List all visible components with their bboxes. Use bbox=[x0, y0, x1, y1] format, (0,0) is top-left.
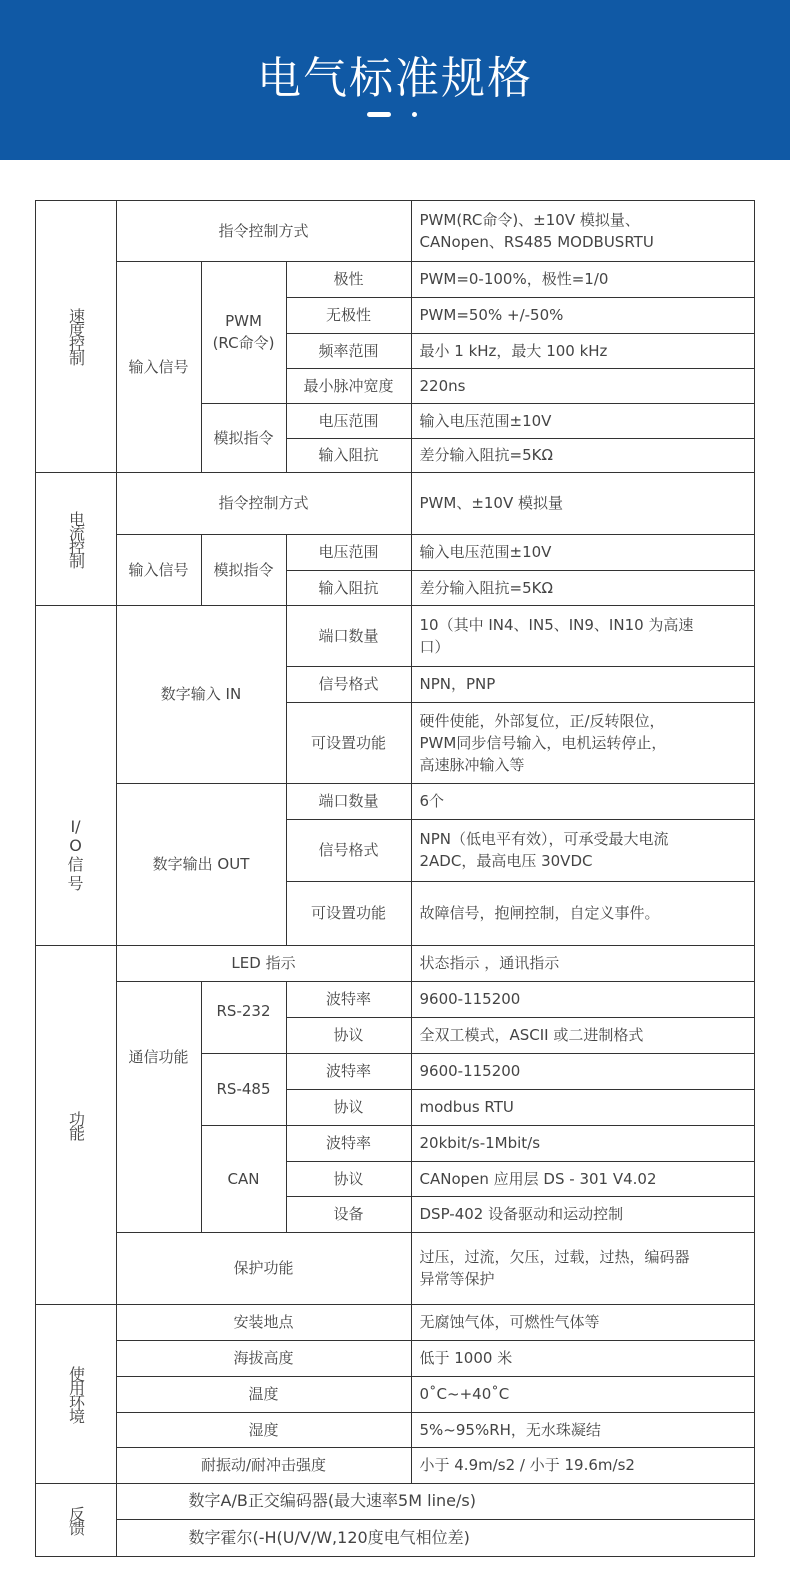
cell-text: NPN（低电平有效），可承受最大电流 2ADC，最高电压 30VDC bbox=[420, 828, 669, 872]
cell-text: 0˚C~+40˚C bbox=[420, 1383, 510, 1405]
table-cell-func-rs232-baud-v: 9600-115200 bbox=[411, 981, 755, 1018]
cell-text: 数字输入 IN bbox=[161, 683, 241, 705]
cell-text: 通信功能 bbox=[128, 1046, 188, 1068]
cell-text: 波特率 bbox=[326, 988, 371, 1010]
table-cell-speed-freq-v: 最小 1 kHz，最大 100 kHz bbox=[411, 333, 755, 369]
cell-text: RS-485 bbox=[217, 1078, 271, 1100]
cell-text: 6个 bbox=[420, 790, 445, 812]
cell-text: 协议 bbox=[333, 1096, 363, 1118]
section-label-speed: 速度控制 bbox=[35, 200, 117, 473]
table-cell-env-temp-v: 0˚C~+40˚C bbox=[411, 1376, 755, 1413]
cell-text: 输入阻抗 bbox=[318, 577, 378, 599]
cell-text: PWM=0-100%，极性=1/0 bbox=[420, 268, 609, 290]
table-cell-func-led-v: 状态指示 ，通讯指示 bbox=[411, 945, 755, 982]
cell-text: CAN bbox=[228, 1168, 260, 1190]
spec-table: 速度控制指令控制方式PWM(RC命令)、±10V 模拟量、 CANopen、RS… bbox=[0, 0, 790, 1595]
cell-text: 信号格式 bbox=[318, 839, 378, 861]
cell-text: 数字霍尔(-H(U/V/W,120度电气相位差) bbox=[189, 1527, 470, 1549]
table-cell-io-dout-ports-l: 端口数量 bbox=[286, 783, 412, 820]
cell-text: 过压，过流，欠压，过载，过热，编码器 异常等保护 bbox=[420, 1246, 690, 1290]
table-cell-cur-volt-l: 电压范围 bbox=[286, 534, 412, 571]
cell-text: 数字A/B正交编码器(最大速率5M line/s) bbox=[189, 1490, 476, 1512]
cell-text: I/O信号 bbox=[67, 817, 85, 893]
cell-text: 10（其中 IN4、IN5、IN9、IN10 为高速 口） bbox=[420, 614, 694, 658]
table-cell-speed-volt-l: 电压范围 bbox=[286, 403, 412, 439]
table-cell-speed-imp-v: 差分输入阻抗=5KΩ bbox=[411, 438, 755, 473]
section-label-func: 功能 bbox=[35, 945, 117, 1305]
section-label-env: 使用环境 bbox=[35, 1304, 117, 1484]
cell-text: 设备 bbox=[333, 1203, 363, 1225]
table-cell-func-rs232: RS-232 bbox=[201, 981, 287, 1054]
table-cell-cur-analog: 模拟指令 bbox=[201, 534, 287, 606]
cell-text: DSP-402 设备驱动和运动控制 bbox=[420, 1203, 624, 1225]
table-cell-func-can-dev-v: DSP-402 设备驱动和运动控制 bbox=[411, 1196, 755, 1233]
table-cell-io-din-fmt-l: 信号格式 bbox=[286, 666, 412, 703]
cell-text: 输入信号 bbox=[128, 559, 188, 581]
cell-text: 220ns bbox=[420, 375, 466, 397]
table-cell-env-vib-l: 耐振动/耐冲击强度 bbox=[116, 1447, 412, 1484]
table-cell-cur-cmd-value: PWM、±10V 模拟量 bbox=[411, 472, 755, 535]
cell-text: 9600-115200 bbox=[420, 988, 521, 1010]
table-cell-env-temp-l: 温度 bbox=[116, 1376, 412, 1413]
cell-text: 硬件使能，外部复位，正/反转限位， PWM同步信号输入，电机运转停止， 高速脉冲… bbox=[420, 710, 667, 776]
table-cell-func-prot-v: 过压，过流，欠压，过载，过热，编码器 异常等保护 bbox=[411, 1232, 755, 1305]
table-cell-func-comm: 通信功能 bbox=[116, 981, 202, 1233]
cell-text: 故障信号，抱闸控制，自定义事件。 bbox=[420, 902, 660, 924]
table-cell-cur-cmd-label: 指令控制方式 bbox=[116, 472, 412, 535]
cell-text: 低于 1000 米 bbox=[420, 1347, 513, 1369]
cell-text: 温度 bbox=[248, 1383, 278, 1405]
table-cell-speed-freq-l: 频率范围 bbox=[286, 333, 412, 369]
cell-text: 指令控制方式 bbox=[218, 492, 308, 514]
table-cell-io-dout-func-v: 故障信号，抱闸控制，自定义事件。 bbox=[411, 881, 755, 946]
cell-text: 状态指示 ，通讯指示 bbox=[420, 952, 560, 974]
table-cell-env-alt-v: 低于 1000 米 bbox=[411, 1340, 755, 1377]
cell-text: 输入信号 bbox=[128, 356, 188, 378]
cell-text: modbus RTU bbox=[420, 1096, 514, 1118]
cell-text: 输入电压范围±10V bbox=[420, 410, 552, 432]
table-cell-env-loc-l: 安装地点 bbox=[116, 1304, 412, 1341]
cell-text: 输入阻抗 bbox=[318, 444, 378, 466]
section-label-io: I/O信号 bbox=[35, 605, 117, 946]
table-cell-speed-imp-l: 输入阻抗 bbox=[286, 438, 412, 473]
section-label-fb: 反馈 bbox=[35, 1483, 117, 1557]
table-cell-speed-minpulse-v: 220ns bbox=[411, 368, 755, 404]
cell-text: 差分输入阻抗=5KΩ bbox=[420, 577, 553, 599]
cell-text: PWM、±10V 模拟量 bbox=[420, 492, 564, 514]
cell-text: 波特率 bbox=[326, 1060, 371, 1082]
cell-text: 5%~95%RH，无水珠凝结 bbox=[420, 1419, 601, 1441]
table-cell-env-hum-v: 5%~95%RH，无水珠凝结 bbox=[411, 1412, 755, 1448]
cell-text: 指令控制方式 bbox=[218, 220, 308, 242]
cell-text: RS-232 bbox=[217, 1000, 271, 1022]
table-cell-io-dout-fmt-v: NPN（低电平有效），可承受最大电流 2ADC，最高电压 30VDC bbox=[411, 819, 755, 882]
table-cell-cur-input: 输入信号 bbox=[116, 534, 202, 606]
cell-text: 最小 1 kHz，最大 100 kHz bbox=[420, 340, 608, 362]
table-cell-io-dout: 数字输出 OUT bbox=[116, 783, 287, 946]
cell-text: 端口数量 bbox=[318, 625, 378, 647]
table-cell-func-led-l: LED 指示 bbox=[116, 945, 412, 982]
cell-text: 海拔高度 bbox=[233, 1347, 293, 1369]
cell-text: 电压范围 bbox=[318, 541, 378, 563]
cell-text: 模拟指令 bbox=[213, 427, 273, 449]
cell-text: 模拟指令 bbox=[213, 559, 273, 581]
cell-text: 协议 bbox=[333, 1024, 363, 1046]
table-cell-speed-cmd-value: PWM(RC命令)、±10V 模拟量、 CANopen、RS485 MODBUS… bbox=[411, 200, 755, 262]
table-cell-func-rs485: RS-485 bbox=[201, 1053, 287, 1126]
table-cell-func-rs485-baud-l: 波特率 bbox=[286, 1053, 412, 1090]
cell-text: 端口数量 bbox=[318, 790, 378, 812]
table-cell-func-rs232-proto-v: 全双工模式，ASCII 或二进制格式 bbox=[411, 1017, 755, 1054]
cell-text: 小于 4.9m/s2 / 小于 19.6m/s2 bbox=[420, 1454, 635, 1476]
cell-text: PWM(RC命令)、±10V 模拟量、 CANopen、RS485 MODBUS… bbox=[420, 209, 654, 253]
table-cell-func-rs485-proto-l: 协议 bbox=[286, 1089, 412, 1126]
cell-text: 保护功能 bbox=[233, 1257, 293, 1279]
cell-text: 功能 bbox=[67, 1111, 85, 1139]
cell-text: PWM=50% +/-50% bbox=[420, 304, 564, 326]
table-cell-cur-imp-v: 差分输入阻抗=5KΩ bbox=[411, 570, 755, 606]
cell-text: 可设置功能 bbox=[311, 732, 386, 754]
cell-text: 无腐蚀气体，可燃性气体等 bbox=[420, 1311, 600, 1333]
cell-text: NPN，PNP bbox=[420, 673, 496, 695]
table-cell-io-din-ports-v: 10（其中 IN4、IN5、IN9、IN10 为高速 口） bbox=[411, 605, 755, 667]
table-cell-func-rs485-proto-v: modbus RTU bbox=[411, 1089, 755, 1126]
cell-text: 20kbit/s-1Mbit/s bbox=[420, 1132, 541, 1154]
cell-text: 湿度 bbox=[248, 1419, 278, 1441]
cell-text: 协议 bbox=[333, 1168, 363, 1190]
table-cell-func-rs232-baud-l: 波特率 bbox=[286, 981, 412, 1018]
cell-text: 无极性 bbox=[326, 304, 371, 326]
table-cell-io-din-func-l: 可设置功能 bbox=[286, 702, 412, 784]
table-cell-io-din-fmt-v: NPN，PNP bbox=[411, 666, 755, 703]
table-cell-fb-hall: 数字霍尔(-H(U/V/W,120度电气相位差) bbox=[116, 1519, 755, 1557]
table-cell-speed-pwm: PWM (RC命令) bbox=[201, 261, 287, 404]
table-cell-env-vib-v: 小于 4.9m/s2 / 小于 19.6m/s2 bbox=[411, 1447, 755, 1484]
cell-text: 最小脉冲宽度 bbox=[303, 375, 393, 397]
table-cell-io-din-ports-l: 端口数量 bbox=[286, 605, 412, 667]
table-cell-io-din-func-v: 硬件使能，外部复位，正/反转限位， PWM同步信号输入，电机运转停止， 高速脉冲… bbox=[411, 702, 755, 784]
cell-text: 电压范围 bbox=[318, 410, 378, 432]
cell-text: 9600-115200 bbox=[420, 1060, 521, 1082]
table-cell-speed-minpulse-l: 最小脉冲宽度 bbox=[286, 368, 412, 404]
cell-text: 差分输入阻抗=5KΩ bbox=[420, 444, 553, 466]
table-cell-func-can-proto-l: 协议 bbox=[286, 1161, 412, 1197]
cell-text: LED 指示 bbox=[231, 952, 295, 974]
cell-text: 输入电压范围±10V bbox=[420, 541, 552, 563]
table-cell-env-loc-v: 无腐蚀气体，可燃性气体等 bbox=[411, 1304, 755, 1341]
table-cell-speed-input: 输入信号 bbox=[116, 261, 202, 473]
table-cell-io-dout-fmt-l: 信号格式 bbox=[286, 819, 412, 882]
table-cell-func-can-proto-v: CANopen 应用层 DS - 301 V4.02 bbox=[411, 1161, 755, 1197]
cell-text: 电流控制 bbox=[67, 511, 85, 567]
cell-text: 频率范围 bbox=[318, 340, 378, 362]
table-cell-io-dout-ports-v: 6个 bbox=[411, 783, 755, 820]
table-cell-io-din: 数字输入 IN bbox=[116, 605, 287, 784]
cell-text: 全双工模式，ASCII 或二进制格式 bbox=[420, 1024, 644, 1046]
cell-text: 数字输出 OUT bbox=[153, 853, 250, 875]
table-cell-speed-cmd-label: 指令控制方式 bbox=[116, 200, 412, 262]
table-cell-speed-nopolar-l: 无极性 bbox=[286, 297, 412, 334]
table-cell-func-can-dev-l: 设备 bbox=[286, 1196, 412, 1233]
table-cell-func-rs232-proto-l: 协议 bbox=[286, 1017, 412, 1054]
table-cell-env-alt-l: 海拔高度 bbox=[116, 1340, 412, 1377]
cell-text: 波特率 bbox=[326, 1132, 371, 1154]
table-cell-fb-enc: 数字A/B正交编码器(最大速率5M line/s) bbox=[116, 1483, 755, 1520]
table-cell-func-can-baud-l: 波特率 bbox=[286, 1125, 412, 1162]
cell-text: PWM (RC命令) bbox=[213, 310, 275, 354]
cell-text: 速度控制 bbox=[67, 308, 85, 364]
cell-text: 耐振动/耐冲击强度 bbox=[201, 1454, 326, 1476]
cell-text: 使用环境 bbox=[67, 1366, 85, 1422]
table-cell-cur-imp-l: 输入阻抗 bbox=[286, 570, 412, 606]
cell-text: 反馈 bbox=[67, 1506, 85, 1534]
table-cell-cur-volt-v: 输入电压范围±10V bbox=[411, 534, 755, 571]
section-label-current: 电流控制 bbox=[35, 472, 117, 606]
cell-text: 信号格式 bbox=[318, 673, 378, 695]
cell-text: 极性 bbox=[333, 268, 363, 290]
table-cell-speed-volt-v: 输入电压范围±10V bbox=[411, 403, 755, 439]
table-cell-func-rs485-baud-v: 9600-115200 bbox=[411, 1053, 755, 1090]
table-cell-speed-nopolar-v: PWM=50% +/-50% bbox=[411, 297, 755, 334]
cell-text: 可设置功能 bbox=[311, 902, 386, 924]
table-cell-func-can-baud-v: 20kbit/s-1Mbit/s bbox=[411, 1125, 755, 1162]
table-cell-env-hum-l: 湿度 bbox=[116, 1412, 412, 1448]
table-cell-func-prot-l: 保护功能 bbox=[116, 1232, 412, 1305]
table-cell-func-can: CAN bbox=[201, 1125, 287, 1233]
cell-text: CANopen 应用层 DS - 301 V4.02 bbox=[420, 1168, 657, 1190]
cell-text: 安装地点 bbox=[233, 1311, 293, 1333]
table-cell-speed-polar-v: PWM=0-100%，极性=1/0 bbox=[411, 261, 755, 298]
table-cell-speed-analog: 模拟指令 bbox=[201, 403, 287, 473]
table-cell-io-dout-func-l: 可设置功能 bbox=[286, 881, 412, 946]
table-cell-speed-polar-l: 极性 bbox=[286, 261, 412, 298]
